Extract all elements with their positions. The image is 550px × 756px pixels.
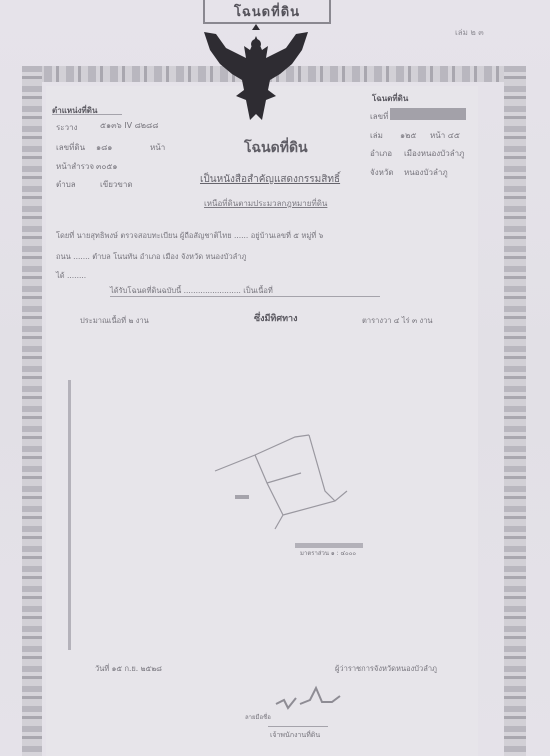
left-row-label: หน้าสำรวจ [56, 160, 94, 173]
document-page: โฉนดที่ดิน เล่ม ๒ ๓ ตำแหน่งที่ดิน ระวาง … [0, 0, 550, 756]
document-title: โฉนดที่ดิน [244, 137, 308, 159]
right-row-label: เลขที่ [370, 110, 388, 123]
map-scale: มาตราส่วน ๑ : ๔๐๐๐ [300, 548, 356, 558]
body-line-emphasis: ซึ่งมีทิศทาง [254, 311, 297, 325]
left-row-label: ระวาง [56, 121, 77, 134]
page-number: เล่ม ๒ ๓ [455, 26, 484, 39]
issuer-line: ผู้ว่าราชการจังหวัดหนองบัวลำภู [335, 663, 437, 675]
left-row-value: ๑๘๑ [96, 141, 112, 154]
body-line: ประมาณเนื้อที่ ๒ งาน [80, 315, 149, 327]
right-row-value: ๑๒๕ [400, 129, 416, 142]
left-row-value: เขียวขาด [100, 178, 133, 191]
left-row-label: ตำบล [56, 178, 76, 191]
divider [52, 114, 122, 115]
divider [268, 726, 328, 727]
left-rule [68, 380, 71, 650]
parcel-map [205, 425, 365, 565]
left-row-value: ๕๑๓๖ IV ๘๒๘๘ [100, 119, 158, 132]
body-line: โดยที่ นายสุทธิพงษ์ ตรวจสอบทะเบียน ผู้ถื… [56, 230, 323, 242]
body-line: ตารางวา ๔ ไร่ ๓ งาน [362, 315, 433, 327]
document-subtitle-2: เหนือที่ดินตามประมวลกฎหมายที่ดิน [204, 197, 327, 210]
date-line: วันที่ ๑๕ ก.ย. ๒๕๒๘ [95, 663, 162, 675]
right-row-value: เมืองหนองบัวลำภู [404, 147, 464, 160]
signature-label: ลายมือชื่อ [245, 712, 271, 722]
body-line: ถนน ....... ตำบล โนนทัน อำเภอ เมือง จังห… [56, 251, 246, 263]
divider [110, 296, 380, 297]
right-row-label: จังหวัด [370, 166, 394, 179]
header-stamp: โฉนดที่ดิน [203, 0, 331, 24]
document-subtitle: เป็นหนังสือสำคัญแสดงกรรมสิทธิ์ [200, 172, 340, 187]
border-left [22, 66, 42, 756]
right-row-label: อำเภอ [370, 147, 392, 160]
border-right [504, 66, 526, 756]
left-row-label: เลขที่ดิน [56, 141, 85, 154]
right-row-extra: หน้า ๔๕ [430, 129, 460, 142]
right-row-label: เล่ม [370, 129, 383, 142]
left-row-extra: หน้า [150, 141, 165, 154]
right-block-heading: โฉนดที่ดิน [372, 92, 408, 105]
body-line: ได้ ........ [56, 270, 86, 282]
redacted-field [390, 108, 466, 120]
left-row-value: ๓๐๕๑ [96, 160, 117, 173]
signature-icon [270, 680, 360, 720]
right-row-value: หนองบัวลำภู [404, 166, 448, 179]
signer-title: เจ้าพนักงานที่ดิน [270, 730, 320, 741]
garuda-emblem-icon [196, 24, 316, 128]
left-block-heading: ตำแหน่งที่ดิน [52, 104, 97, 117]
